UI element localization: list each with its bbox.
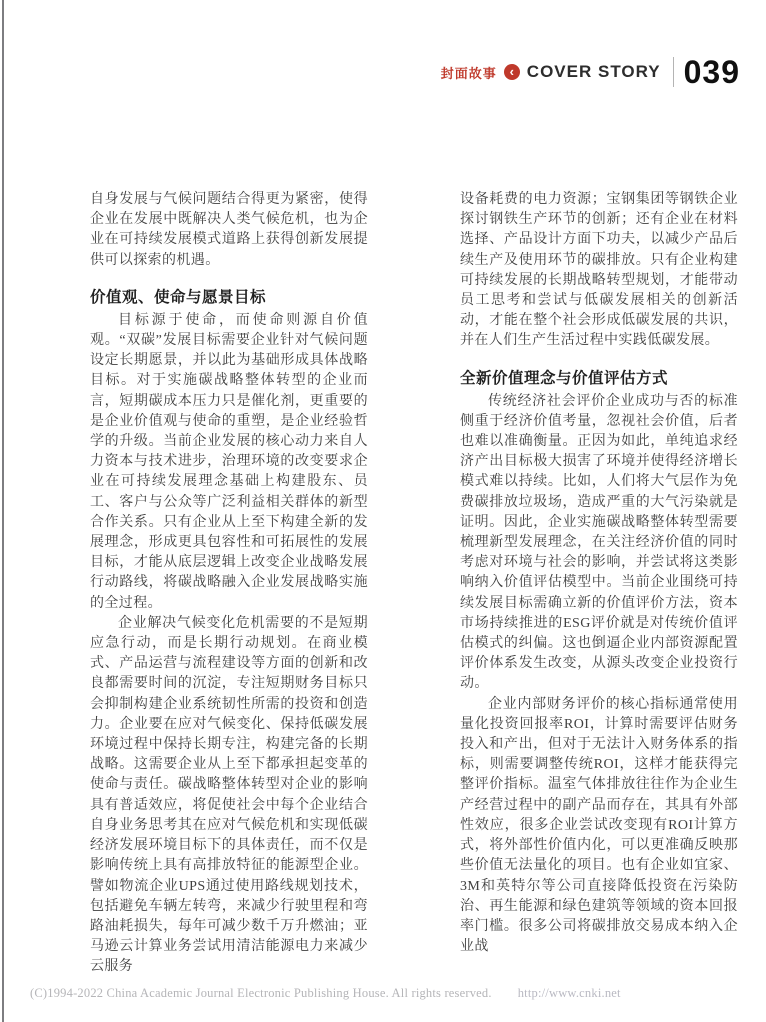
section-title-chinese: 封面故事 (441, 63, 497, 82)
section-heading: 全新价值理念与价值评估方式 (460, 369, 738, 389)
header-divider (673, 57, 674, 87)
article-column-left: 自身发展与气候问题结合得更为紧密，使得企业在发展中既解决人类气候危机，也为企业在… (90, 190, 368, 978)
page-left-edge-line (2, 0, 4, 1022)
copyright-text: (C)1994-2022 China Academic Journal Elec… (30, 986, 492, 1000)
page-header: 封面故事 ‹ COVER STORY 039 (441, 56, 740, 88)
copyright-footer: (C)1994-2022 China Academic Journal Elec… (30, 986, 621, 1001)
body-paragraph: 设备耗费的电力资源；宝钢集团等钢铁企业探讨钢铁生产环节的创新；还有企业在材料选择… (460, 190, 738, 352)
section-heading: 价值观、使命与愿景目标 (90, 288, 368, 308)
page-number: 039 (684, 56, 740, 88)
body-paragraph: 企业内部财务评价的核心指标通常使用量化投资回报率ROI，计算时需要评估财务投入和… (460, 695, 738, 958)
chevron-glyph: ‹ (510, 65, 514, 78)
body-paragraph: 自身发展与气候问题结合得更为紧密，使得企业在发展中既解决人类气候危机，也为企业在… (90, 190, 368, 271)
body-paragraph: 目标源于使命，而使命则源自价值观。“双碳”发展目标需要企业针对气候问题设定长期愿… (90, 311, 368, 614)
section-title-english: COVER STORY (527, 62, 661, 82)
body-paragraph: 企业解决气候变化危机需要的不是短期应急行动，而是长期行动规划。在商业模式、产品运… (90, 614, 368, 978)
publisher-url: http://www.cnki.net (518, 986, 621, 1000)
magazine-page: 封面故事 ‹ COVER STORY 039 自身发展与气候问题结合得更为紧密，… (0, 0, 766, 1022)
left-chevron-circle-icon: ‹ (504, 64, 520, 80)
article-column-right: 设备耗费的电力资源；宝钢集团等钢铁企业探讨钢铁生产环节的创新；还有企业在材料选择… (460, 190, 738, 957)
body-paragraph: 传统经济社会评价企业成功与否的标准侧重于经济价值考量，忽视社会价值，后者也难以准… (460, 392, 738, 695)
